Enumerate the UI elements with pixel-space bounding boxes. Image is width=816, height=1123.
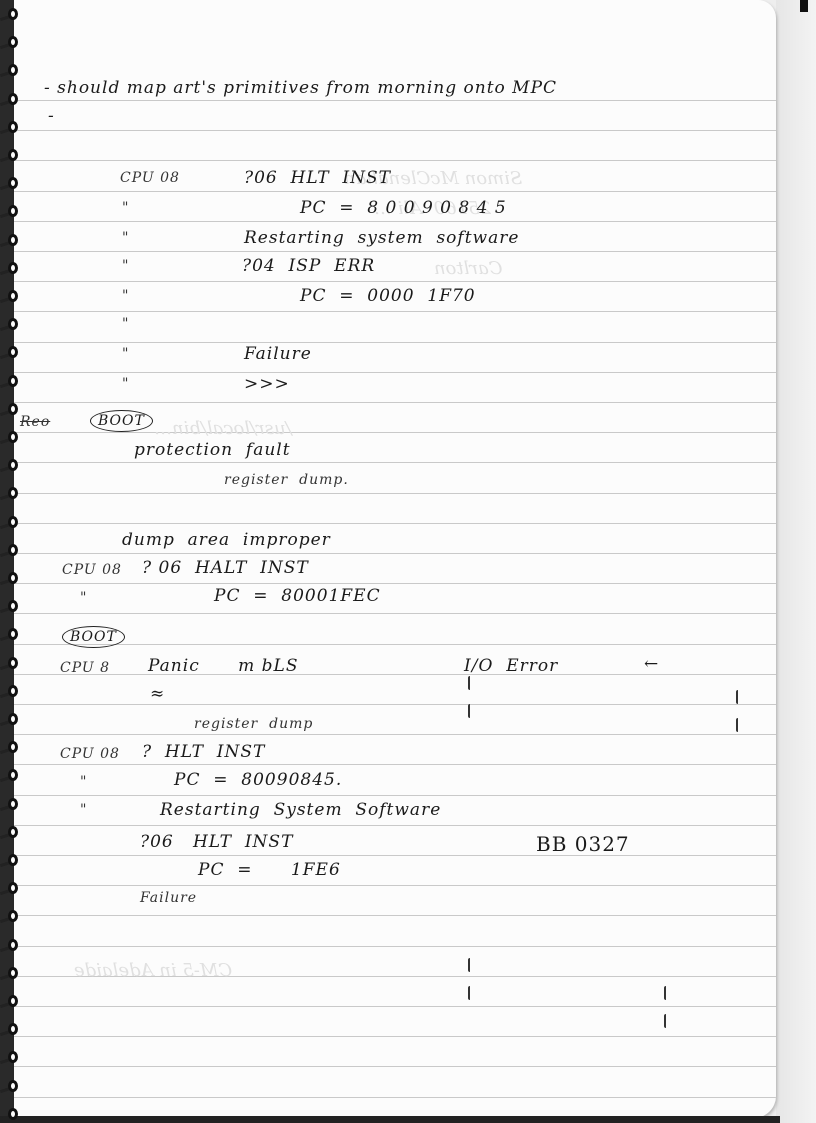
ruling-line: [14, 372, 776, 373]
log-line: PC = 8 0 0 9 0 8 4 5: [300, 198, 507, 218]
scribble-mark: [468, 704, 473, 718]
log-aside: I/O Error: [464, 656, 558, 676]
log-line: PC = 0000 1F70: [300, 286, 476, 306]
ditto-mark: ": [122, 376, 129, 392]
spiral-ring: [2, 1051, 20, 1063]
ruling-line: [14, 342, 776, 343]
side-code: BB 0327: [536, 832, 630, 856]
ruling-line: [14, 281, 776, 282]
spiral-ring: [2, 600, 20, 612]
ruling-line: [14, 251, 776, 252]
boot-label: BOOT: [62, 626, 125, 648]
struck-word: Reo: [20, 414, 50, 430]
ruling-line: [14, 160, 776, 161]
ruling-line: [14, 100, 776, 101]
spiral-ring: [2, 939, 20, 951]
log-line: >>>: [244, 374, 290, 394]
log-line: protection fault: [134, 440, 291, 460]
spiral-ring: [2, 205, 20, 217]
log-line: PC = 80001FEC: [214, 586, 381, 606]
ruling-line: [14, 613, 776, 614]
ditto-mark: ": [122, 230, 129, 246]
spiral-ring: [2, 262, 20, 274]
spiral-ring: [2, 544, 20, 556]
ruling-line: [14, 1006, 776, 1007]
spiral-ring: [2, 910, 20, 922]
notebook-page: Simon McClenahan 25160 Ali … Carlton /us…: [14, 0, 776, 1118]
bleed-through: /usr/local/bin…: [154, 418, 292, 439]
ruling-line: [14, 432, 776, 433]
ruling-line: [14, 644, 776, 645]
spiral-ring: [2, 713, 20, 725]
log-line: register dump.: [224, 472, 349, 488]
spiral-ring: [2, 1023, 20, 1035]
ditto-mark: ": [122, 258, 129, 274]
ditto-mark: ": [80, 774, 87, 790]
spiral-ring: [2, 8, 20, 20]
spiral-ring: [2, 1080, 20, 1092]
spiral-ring: [2, 572, 20, 584]
ditto-mark: ": [122, 346, 129, 362]
spiral-ring: [2, 741, 20, 753]
ruling-line: [14, 493, 776, 494]
log-prefix: CPU 08: [60, 746, 120, 762]
ruling-line: [14, 130, 776, 131]
log-line: ?04 ISP ERR: [242, 256, 375, 276]
log-line: PC = 80090845.: [174, 770, 342, 790]
log-line: ?06 HLT INST: [244, 168, 391, 188]
spiral-ring: [2, 431, 20, 443]
log-line: Panic m bLS: [148, 656, 298, 676]
ruling-line: [14, 402, 776, 403]
page-tab: [800, 0, 808, 12]
note-line: - should map art's primitives from morni…: [44, 78, 557, 98]
spiral-ring: [2, 657, 20, 669]
ruling-line: [14, 1066, 776, 1067]
note-line: -: [48, 106, 55, 126]
spiral-ring: [2, 64, 20, 76]
ruling-line: [14, 462, 776, 463]
log-line: Restarting System Software: [160, 800, 441, 820]
ruling-line: [14, 1036, 776, 1037]
spiral-ring: [2, 318, 20, 330]
log-line: PC = 1FE6: [198, 860, 341, 880]
spiral-ring: [2, 290, 20, 302]
notebook-spine: [0, 0, 14, 1123]
ruling-line: [14, 825, 776, 826]
scribble-mark: [736, 690, 741, 704]
spiral-ring: [2, 346, 20, 358]
spiral-ring: [2, 798, 20, 810]
ruling-line: [14, 553, 776, 554]
bleed-through: Carlton: [434, 258, 503, 279]
spiral-ring: [2, 1108, 20, 1120]
scribble-mark: [468, 986, 473, 1000]
ruling-line: [14, 674, 776, 675]
log-line: ?06 HLT INST: [140, 832, 293, 852]
spiral-ring: [2, 995, 20, 1007]
log-line: Failure: [140, 890, 197, 906]
log-prefix: CPU 08: [62, 562, 122, 578]
page-bottom-edge: [0, 1116, 780, 1123]
spiral-ring: [2, 685, 20, 697]
log-prefix: CPU 08: [120, 170, 180, 186]
scribble-mark: [664, 986, 669, 1000]
ditto-mark: ": [80, 802, 87, 818]
spiral-ring: [2, 149, 20, 161]
log-line: register dump: [194, 716, 313, 732]
ruling-line: [14, 885, 776, 886]
spiral-ring: [2, 487, 20, 499]
ruling-line: [14, 191, 776, 192]
log-line: ≈: [150, 684, 165, 704]
ruling-line: [14, 764, 776, 765]
spiral-ring: [2, 375, 20, 387]
scribble-mark: [736, 718, 741, 732]
ruling-line: [14, 795, 776, 796]
spiral-ring: [2, 234, 20, 246]
spiral-ring: [2, 403, 20, 415]
ruling-line: [14, 946, 776, 947]
spiral-ring: [2, 93, 20, 105]
page-edge: [776, 0, 816, 1123]
spiral-ring: [2, 854, 20, 866]
log-line: Restarting system software: [244, 228, 519, 248]
spiral-ring: [2, 177, 20, 189]
spiral-ring: [2, 36, 20, 48]
scribble-mark: [664, 1014, 669, 1028]
ruling-line: [14, 583, 776, 584]
log-line: ? 06 HALT INST: [142, 558, 309, 578]
ditto-mark: ": [122, 288, 129, 304]
log-prefix: CPU 8: [60, 660, 110, 676]
spiral-ring: [2, 121, 20, 133]
boot-marker: BOOT: [90, 410, 153, 430]
boot-label: BOOT: [90, 410, 153, 432]
spiral-ring: [2, 628, 20, 640]
ditto-mark: ": [122, 316, 129, 332]
ruling-line: [14, 523, 776, 524]
ditto-mark: ": [122, 200, 129, 216]
ruling-line: [14, 311, 776, 312]
spiral-ring: [2, 967, 20, 979]
scribble-mark: [468, 676, 473, 690]
boot-marker: BOOT: [62, 626, 125, 646]
log-line: ? HLT INST: [142, 742, 265, 762]
spiral-ring: [2, 882, 20, 894]
ruling-line: [14, 855, 776, 856]
ruling-line: [14, 704, 776, 705]
arrow-mark: ←: [644, 654, 659, 674]
log-line: dump area improper: [122, 530, 331, 550]
ruling-line: [14, 1097, 776, 1098]
log-line: Failure: [244, 344, 312, 364]
spiral-ring: [2, 826, 20, 838]
spiral-ring: [2, 459, 20, 471]
ruling-line: [14, 221, 776, 222]
ruling-line: [14, 734, 776, 735]
spiral-ring: [2, 769, 20, 781]
spiral-ring: [2, 516, 20, 528]
ruling-line: [14, 915, 776, 916]
bleed-through: CM-5 in Adelaide: [74, 960, 232, 981]
ditto-mark: ": [80, 590, 87, 606]
scribble-mark: [468, 958, 473, 972]
